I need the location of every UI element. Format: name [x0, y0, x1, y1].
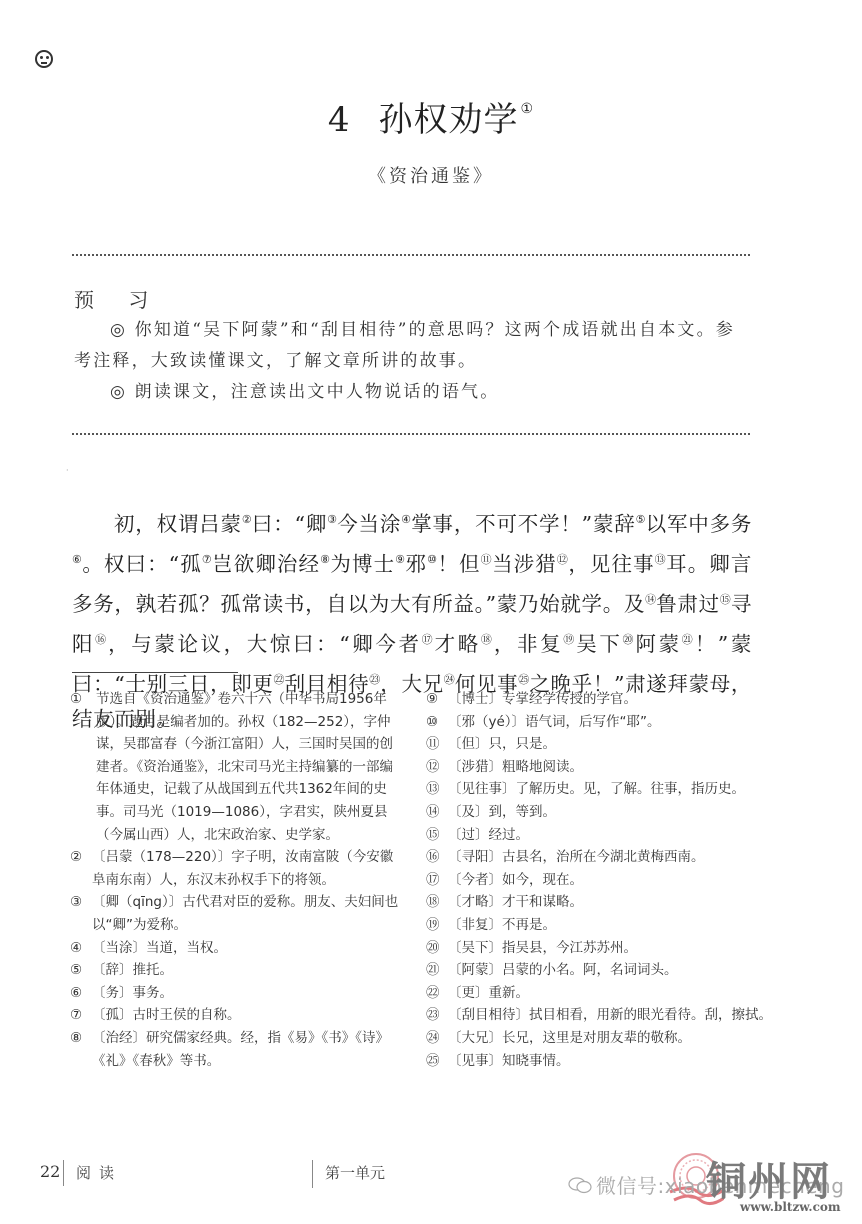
- text-run: ！但: [437, 552, 480, 576]
- title-note-marker: ①: [521, 101, 535, 117]
- footnote-text: 〔当涂〕当道，当权。: [92, 940, 227, 956]
- text-run: 阿蒙: [635, 632, 681, 656]
- note-marker[interactable]: ④: [401, 513, 411, 526]
- text-run: ，与蒙论议，大惊曰：“卿今者: [108, 632, 422, 656]
- watermark-brand: 铜州网: [706, 1150, 832, 1207]
- footnote-text: 〔非复〕不再是。: [448, 917, 556, 933]
- footnote-number: ⑥: [70, 982, 82, 1005]
- note-marker[interactable]: ⑰: [422, 633, 435, 646]
- footnote-number: ⑮: [426, 824, 440, 847]
- footnote-number: ⑪: [426, 733, 440, 756]
- footnote-number: ②: [70, 846, 82, 869]
- note-marker[interactable]: ⑨: [395, 553, 405, 566]
- footnote: ㉑〔阿蒙〕吕蒙的小名。阿，名词词头。: [426, 959, 806, 982]
- footnote: ⑬〔见往事〕了解历史。见，了解。往事，指历史。: [426, 778, 806, 801]
- footnote: ⑭〔及〕到，等到。: [426, 801, 806, 824]
- note-marker[interactable]: ③: [327, 513, 337, 526]
- text-run: ，非复: [494, 632, 563, 656]
- footnote-number: ⑦: [70, 1004, 82, 1027]
- footnote-number: ⑫: [426, 756, 440, 779]
- lesson-title: 4孙权劝学①: [0, 92, 862, 141]
- footer-unit: 第一单元: [325, 1162, 385, 1183]
- text-run: 曰：“卿: [252, 512, 327, 536]
- note-marker[interactable]: ⑤: [636, 513, 646, 526]
- footnote: ②〔吕蒙（178—220）〕字子明，汝南富陂（今安徽阜南东南）人，东汉末孙权手下…: [70, 846, 400, 891]
- note-marker[interactable]: ㉔: [444, 673, 455, 686]
- wechat-icon: [568, 1176, 592, 1194]
- note-marker[interactable]: ⑫: [557, 553, 568, 566]
- footnote: ㉒〔更〕重新。: [426, 982, 806, 1005]
- footnote-number: ⑯: [426, 846, 440, 869]
- footnote: ③〔卿（qīng）〕古代君对臣的爱称。朋友、夫妇间也以“卿”为爱称。: [70, 891, 400, 936]
- footnote: ⑲〔非复〕不再是。: [426, 914, 806, 937]
- footnote-number: ⑱: [426, 891, 440, 914]
- footnote-number: ㉓: [426, 1004, 440, 1027]
- footnote-text: 〔更〕重新。: [448, 985, 529, 1001]
- text-run: 才略: [435, 632, 481, 656]
- text-run: 为博士: [330, 552, 395, 576]
- footer-divider: [63, 1160, 64, 1186]
- footnote: ⑳〔吴下〕指吴县，今江苏苏州。: [426, 937, 806, 960]
- text-run: 邪: [406, 552, 428, 576]
- lesson-number: 4: [328, 100, 351, 140]
- text-run: 初，权谓吕蒙: [114, 512, 242, 536]
- footnote-number: ⑳: [426, 937, 440, 960]
- footnote-number: ⑰: [426, 869, 440, 892]
- footnote-number: ㉕: [426, 1050, 440, 1073]
- footnote-number: ⑧: [70, 1027, 82, 1050]
- footnote-text: 〔博士〕专掌经学传授的学官。: [448, 691, 637, 707]
- note-marker[interactable]: ⑬: [655, 553, 666, 566]
- text-run: 掌事，不可不学！”蒙辞: [411, 512, 635, 536]
- footnote: ㉓〔刮目相待〕拭目相看，用新的眼光看待。刮，擦拭。: [426, 1004, 806, 1027]
- footnote: ⑮〔过〕经过。: [426, 824, 806, 847]
- footnote: ㉕〔见事〕知晓事情。: [426, 1050, 806, 1073]
- footnote: ⑤〔辞〕推托。: [70, 959, 400, 982]
- footnote: ⑨〔博士〕专掌经学传授的学官。: [426, 688, 806, 711]
- footnote-text: 〔但〕只，只是。: [448, 736, 556, 752]
- footnote-number: ⑩: [426, 711, 438, 734]
- footnote-number: ㉑: [426, 959, 440, 982]
- smiley-face-icon: [35, 50, 53, 68]
- footnote: ⑱〔才略〕才干和谋略。: [426, 891, 806, 914]
- footnote-number: ㉔: [426, 1027, 440, 1050]
- text-run: 。权曰：“孤: [82, 552, 201, 576]
- footnote-text: 〔卿（qīng）〕古代君对臣的爱称。朋友、夫妇间也以“卿”为爱称。: [92, 894, 398, 933]
- footnote: ⑥〔务〕事务。: [70, 982, 400, 1005]
- text-run: 鲁肃过: [656, 592, 720, 616]
- text-run: 当涉猎: [492, 552, 557, 576]
- note-marker[interactable]: ⑥: [72, 553, 82, 566]
- note-marker[interactable]: ㉕: [518, 673, 529, 686]
- watermark-url: www.bltzw.com: [740, 1200, 841, 1214]
- note-marker[interactable]: ㉓: [369, 673, 380, 686]
- lesson-source: 《资治通鉴》: [0, 162, 862, 188]
- text-run: 吴下: [576, 632, 622, 656]
- footnote-text: 〔今者〕如今，现在。: [448, 872, 583, 888]
- footnote-text: 〔涉猎〕粗略地阅读。: [448, 759, 583, 775]
- note-marker[interactable]: ㉒: [274, 673, 285, 686]
- note-marker[interactable]: ⑯: [95, 633, 108, 646]
- footnote-text: 〔刮目相待〕拭目相看，用新的眼光看待。刮，擦拭。: [448, 1007, 772, 1023]
- note-marker[interactable]: ㉑: [682, 633, 695, 646]
- footnote-text: 〔阿蒙〕吕蒙的小名。阿，名词词头。: [448, 962, 678, 978]
- preview-heading: 预 习: [74, 284, 162, 313]
- footnote-number: ⑬: [426, 778, 440, 801]
- note-marker[interactable]: ⑲: [563, 633, 576, 646]
- footnote-number: ⑨: [426, 688, 438, 711]
- footnotes-left-column: ①节选自《资治通鉴》卷六十六（中华书局1956年版）。题目是编者加的。孙权（18…: [70, 688, 400, 1072]
- footnote: ⑰〔今者〕如今，现在。: [426, 869, 806, 892]
- footnote-text: 〔孤〕古时王侯的自称。: [92, 1007, 241, 1023]
- footnote-text: 〔大兄〕长兄，这里是对朋友辈的敬称。: [448, 1030, 691, 1046]
- footnote: ⑯〔寻阳〕古县名，治所在今湖北黄梅西南。: [426, 846, 806, 869]
- note-marker[interactable]: ⑩: [427, 553, 437, 566]
- footer-section: 阅读: [76, 1162, 122, 1183]
- footnote: ⑪〔但〕只，只是。: [426, 733, 806, 756]
- footnote-text: 〔寻阳〕古县名，治所在今湖北黄梅西南。: [448, 849, 705, 865]
- footnote-text: 〔务〕事务。: [92, 985, 173, 1001]
- footnote: ⑧〔治经〕研究儒家经典。经，指《易》《书》《诗》《礼》《春秋》等书。: [70, 1027, 400, 1072]
- footnote-text: 〔邪（yé）〕语气词，后写作“耶”。: [448, 714, 661, 730]
- footnote: ⑫〔涉猎〕粗略地阅读。: [426, 756, 806, 779]
- footnote-rule: [72, 672, 238, 673]
- note-marker[interactable]: ⑪: [481, 553, 492, 566]
- footnote-text: 〔吕蒙（178—220）〕字子明，汝南富陂（今安徽阜南东南）人，东汉末孙权手下的…: [92, 849, 393, 888]
- footnote-number: ①: [70, 688, 82, 711]
- footnote-number: ⑭: [426, 801, 440, 824]
- footnote-text: 〔及〕到，等到。: [448, 804, 556, 820]
- footnote-text: 〔过〕经过。: [448, 827, 529, 843]
- text-run: 以军中多务: [646, 512, 752, 536]
- preview-item: ◎ 你知道“吴下阿蒙”和“刮目相待”的意思吗？这两个成语就出自本文。参考注释，大…: [74, 315, 750, 377]
- footnote: ④〔当涂〕当道，当权。: [70, 937, 400, 960]
- preview-section: ◎ 你知道“吴下阿蒙”和“刮目相待”的意思吗？这两个成语就出自本文。参考注释，大…: [74, 315, 750, 408]
- footer-divider: [312, 1160, 313, 1188]
- footnote: ⑦〔孤〕古时王侯的自称。: [70, 1004, 400, 1027]
- footnote-number: ③: [70, 891, 82, 914]
- dotted-divider-top: [72, 254, 750, 256]
- footnote-number: ⑤: [70, 959, 82, 982]
- footnote-text: 〔治经〕研究儒家经典。经，指《易》《书》《诗》《礼》《春秋》等书。: [92, 1030, 389, 1069]
- page-number: 22: [40, 1162, 60, 1181]
- text-run: 岂欲卿治经: [212, 552, 320, 576]
- footnotes-right-column: ⑨〔博士〕专掌经学传授的学官。⑩〔邪（yé）〕语气词，后写作“耶”。⑪〔但〕只，…: [426, 688, 806, 1072]
- note-marker[interactable]: ⑮: [720, 593, 731, 606]
- note-marker[interactable]: ⑦: [202, 553, 212, 566]
- lesson-title-text: 孙权劝学: [379, 100, 519, 140]
- text-run: ，见往事: [568, 552, 654, 576]
- footnote: ①节选自《资治通鉴》卷六十六（中华书局1956年版）。题目是编者加的。孙权（18…: [70, 688, 400, 846]
- note-marker[interactable]: ⑱: [481, 633, 494, 646]
- footnote-number: ⑲: [426, 914, 440, 937]
- footnote: ⑩〔邪（yé）〕语气词，后写作“耶”。: [426, 711, 806, 734]
- footnote-text: 〔见往事〕了解历史。见，了解。往事，指历史。: [448, 781, 745, 797]
- footnote-number: ④: [70, 937, 82, 960]
- print-mark: ·: [66, 466, 69, 475]
- footnote: ㉔〔大兄〕长兄，这里是对朋友辈的敬称。: [426, 1027, 806, 1050]
- footnote-text: 〔见事〕知晓事情。: [448, 1053, 570, 1069]
- footnote-text: 〔辞〕推托。: [92, 962, 173, 978]
- footnote-text: 〔才略〕才干和谋略。: [448, 894, 583, 910]
- note-marker[interactable]: ⑳: [622, 633, 635, 646]
- footnote-text: 〔吴下〕指吴县，今江苏苏州。: [448, 940, 637, 956]
- footnote-text: 节选自《资治通鉴》卷六十六（中华书局1956年版）。题目是编者加的。孙权（182…: [96, 691, 393, 843]
- preview-item: ◎ 朗读课文，注意读出文中人物说话的语气。: [74, 377, 750, 408]
- text-run: 今当涂: [337, 512, 401, 536]
- note-marker[interactable]: ⑭: [645, 593, 656, 606]
- note-marker[interactable]: ⑧: [320, 553, 330, 566]
- dotted-divider-bottom: [72, 433, 750, 435]
- note-marker[interactable]: ②: [242, 513, 252, 526]
- footnote-number: ㉒: [426, 982, 440, 1005]
